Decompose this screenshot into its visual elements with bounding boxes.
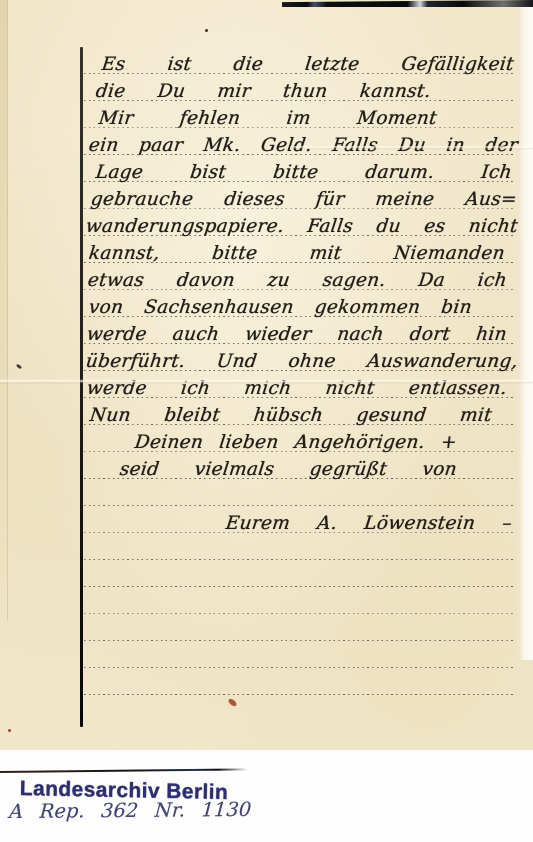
ruled-line	[84, 559, 515, 560]
paper-speck	[227, 698, 237, 708]
handwriting-line: kannst, bitte mit Niemanden	[87, 241, 506, 268]
handwriting-line: Lage bist bitte darum. Ich	[94, 160, 513, 187]
ruled-line	[84, 505, 515, 506]
paper-speck	[205, 29, 208, 32]
paper-speck	[16, 364, 23, 370]
handwriting-line: überführt. Und ohne Auswanderung,	[84, 349, 519, 376]
handwriting-line: werde ich mich nicht entlassen.	[85, 376, 508, 403]
handwriting-line: etwas davon zu sagen. Da ich	[86, 268, 508, 295]
ruled-line	[84, 613, 515, 614]
ruled-line	[84, 667, 515, 668]
ruled-line	[84, 640, 515, 641]
handwriting-line: Mir fehlen im Moment	[97, 106, 438, 133]
letter-paper: Es ist die letzte Gefälligkeitdie Du mir…	[0, 0, 533, 751]
label-top-edge-line	[0, 768, 248, 773]
paper-right-edge	[518, 0, 533, 660]
scanned-letter-page: Es ist die letzte Gefälligkeitdie Du mir…	[0, 0, 533, 842]
handwriting-line: werde auch wieder nach dort hin	[85, 322, 508, 349]
handwriting-line: Nun bleibt hübsch gesund mit	[88, 403, 493, 430]
handwriting-line: seid vielmals gegrüßt von	[118, 457, 458, 484]
handwriting-line: von Sachsenhausen gekommen bin	[87, 295, 473, 322]
handwriting-line: Deinen lieben Angehörigen. +	[133, 430, 458, 457]
paper-left-edge	[0, 0, 8, 620]
handwriting-line: ein paar Mk. Geld. Falls Du in der	[87, 133, 519, 160]
ruled-line	[84, 586, 515, 587]
ruled-line	[84, 694, 515, 695]
archive-label-strip: Landesarchiv Berlin A Rep. 362 Nr. 1130	[0, 750, 533, 842]
margin-line	[80, 47, 83, 727]
handwriting-line: die Du mir thun kannst.	[94, 79, 432, 106]
handwriting-line: wanderungspapiere. Falls du es nicht	[84, 214, 519, 241]
handwriting-line: Es ist die letzte Gefälligkeit	[100, 52, 515, 79]
handwriting-line: gebrauche dieses für meine Aus=	[89, 187, 518, 214]
handwriting-line: Eurem A. Löwenstein –	[224, 511, 513, 538]
archive-reference-number: A Rep. 362 Nr. 1130	[9, 798, 252, 824]
paper-speck	[8, 729, 11, 732]
